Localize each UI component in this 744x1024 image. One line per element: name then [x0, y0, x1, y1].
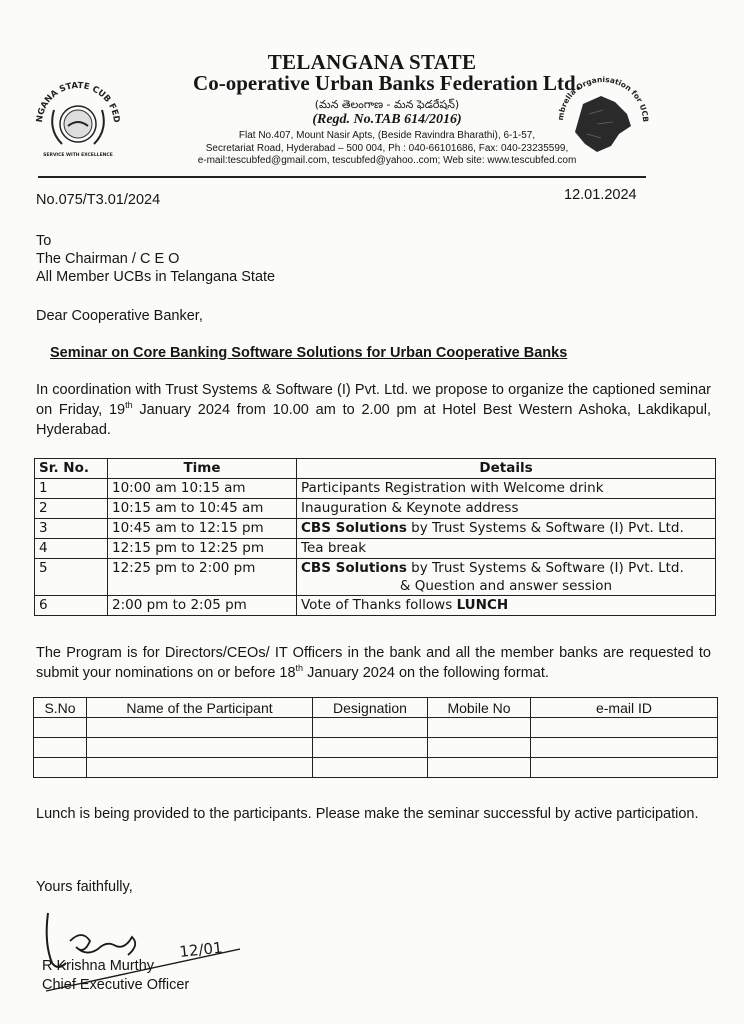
table-row: 210:15 am to 10:45 amInauguration & Keyn…	[35, 499, 716, 519]
recipient-line: The Chairman / C E O	[36, 250, 179, 268]
reference-number: No.075/T3.01/2024	[36, 191, 160, 209]
detail-text: by Trust Systems & Software (I) Pvt. Ltd…	[407, 520, 684, 536]
table-row: 512:25 pm to 2:00 pmCBS Solutions by Tru…	[35, 559, 716, 596]
table-row: 310:45 am to 12:15 pmCBS Solutions by Tr…	[35, 519, 716, 539]
column-header-time: Time	[108, 459, 297, 479]
time-cell: 12:15 pm to 12:25 pm	[108, 539, 297, 559]
designation-cell	[313, 738, 428, 758]
detail-emphasis: LUNCH	[457, 597, 509, 613]
column-header-sr-no: Sr. No.	[35, 459, 108, 479]
schedule-table: Sr. No. Time Details 110:00 am 10:15 amP…	[34, 458, 716, 616]
sr-no-cell: 1	[35, 479, 108, 499]
ordinal-suffix: th	[125, 400, 133, 410]
email-cell	[531, 718, 718, 738]
sr-no-cell: 5	[35, 559, 108, 596]
subject-line: Seminar on Core Banking Software Solutio…	[50, 344, 567, 362]
sr-no-cell: 6	[35, 596, 108, 616]
details-cell: Participants Registration with Welcome d…	[297, 479, 716, 499]
signature-date: 12/01	[179, 939, 224, 961]
signer-name: R Krishna Murthy	[42, 957, 154, 975]
nomination-text: January 2024 on the following format.	[303, 665, 549, 681]
column-header-participant-name: Name of the Participant	[87, 698, 313, 718]
letter-date: 12.01.2024	[564, 186, 637, 204]
time-cell: 2:00 pm to 2:05 pm	[108, 596, 297, 616]
closing-line: Yours faithfully,	[36, 878, 133, 896]
column-header-email: e-mail ID	[531, 698, 718, 718]
mobile-cell	[428, 718, 531, 738]
nomination-format-table: S.No Name of the Participant Designation…	[33, 697, 718, 778]
table-row	[34, 758, 718, 778]
table-row	[34, 718, 718, 738]
table-row: 62:00 pm to 2:05 pmVote of Thanks follow…	[35, 596, 716, 616]
designation-cell	[313, 758, 428, 778]
table-header-row: S.No Name of the Participant Designation…	[34, 698, 718, 718]
column-header-sno: S.No	[34, 698, 87, 718]
mobile-cell	[428, 758, 531, 778]
nomination-paragraph: The Program is for Directors/CEOs/ IT Of…	[36, 643, 711, 683]
sr-no-cell: 3	[35, 519, 108, 539]
column-header-details: Details	[297, 459, 716, 479]
designation-cell	[313, 718, 428, 738]
table-row: 412:15 pm to 12:25 pmTea break	[35, 539, 716, 559]
participant-name-cell	[87, 738, 313, 758]
detail-second-line: & Question and answer session	[301, 577, 711, 595]
sr-no-cell: 4	[35, 539, 108, 559]
lunch-paragraph: Lunch is being provided to the participa…	[36, 804, 711, 824]
recipient-line: All Member UCBs in Telangana State	[36, 268, 275, 286]
detail-text: by Trust Systems & Software (I) Pvt. Ltd…	[407, 560, 684, 576]
signer-title: Chief Executive Officer	[42, 976, 189, 994]
details-cell: CBS Solutions by Trust Systems & Softwar…	[297, 519, 716, 539]
header-divider	[38, 176, 646, 178]
column-header-mobile: Mobile No	[428, 698, 531, 718]
details-cell: Inauguration & Keynote address	[297, 499, 716, 519]
details-cell: CBS Solutions by Trust Systems & Softwar…	[297, 559, 716, 596]
ordinal-suffix: th	[296, 663, 304, 673]
time-cell: 10:00 am 10:15 am	[108, 479, 297, 499]
table-row	[34, 738, 718, 758]
sno-cell	[34, 718, 87, 738]
detail-text: Vote of Thanks follows	[301, 597, 457, 613]
salutation: Dear Cooperative Banker,	[36, 307, 203, 325]
detail-text: Tea break	[301, 540, 366, 556]
time-cell: 10:45 am to 12:15 pm	[108, 519, 297, 539]
time-cell: 12:25 pm to 2:00 pm	[108, 559, 297, 596]
intro-paragraph: In coordination with Trust Systems & Sof…	[36, 380, 711, 440]
email-cell	[531, 758, 718, 778]
detail-emphasis: CBS Solutions	[301, 560, 407, 576]
table-row: 110:00 am 10:15 amParticipants Registrat…	[35, 479, 716, 499]
participant-name-cell	[87, 758, 313, 778]
column-header-designation: Designation	[313, 698, 428, 718]
details-cell: Tea break	[297, 539, 716, 559]
detail-emphasis: CBS Solutions	[301, 520, 407, 536]
mobile-cell	[428, 738, 531, 758]
recipient-line: To	[36, 232, 51, 250]
sno-cell	[34, 758, 87, 778]
detail-text: Participants Registration with Welcome d…	[301, 480, 604, 496]
sr-no-cell: 2	[35, 499, 108, 519]
table-header-row: Sr. No. Time Details	[35, 459, 716, 479]
sno-cell	[34, 738, 87, 758]
intro-text: January 2024 from 10.00 am to 2.00 pm at…	[36, 402, 711, 438]
details-cell: Vote of Thanks follows LUNCH	[297, 596, 716, 616]
detail-text: Inauguration & Keynote address	[301, 500, 519, 516]
telangana-map-icon: Umbrella Organisation for UCBs	[553, 74, 653, 164]
participant-name-cell	[87, 718, 313, 738]
time-cell: 10:15 am to 10:45 am	[108, 499, 297, 519]
email-cell	[531, 738, 718, 758]
